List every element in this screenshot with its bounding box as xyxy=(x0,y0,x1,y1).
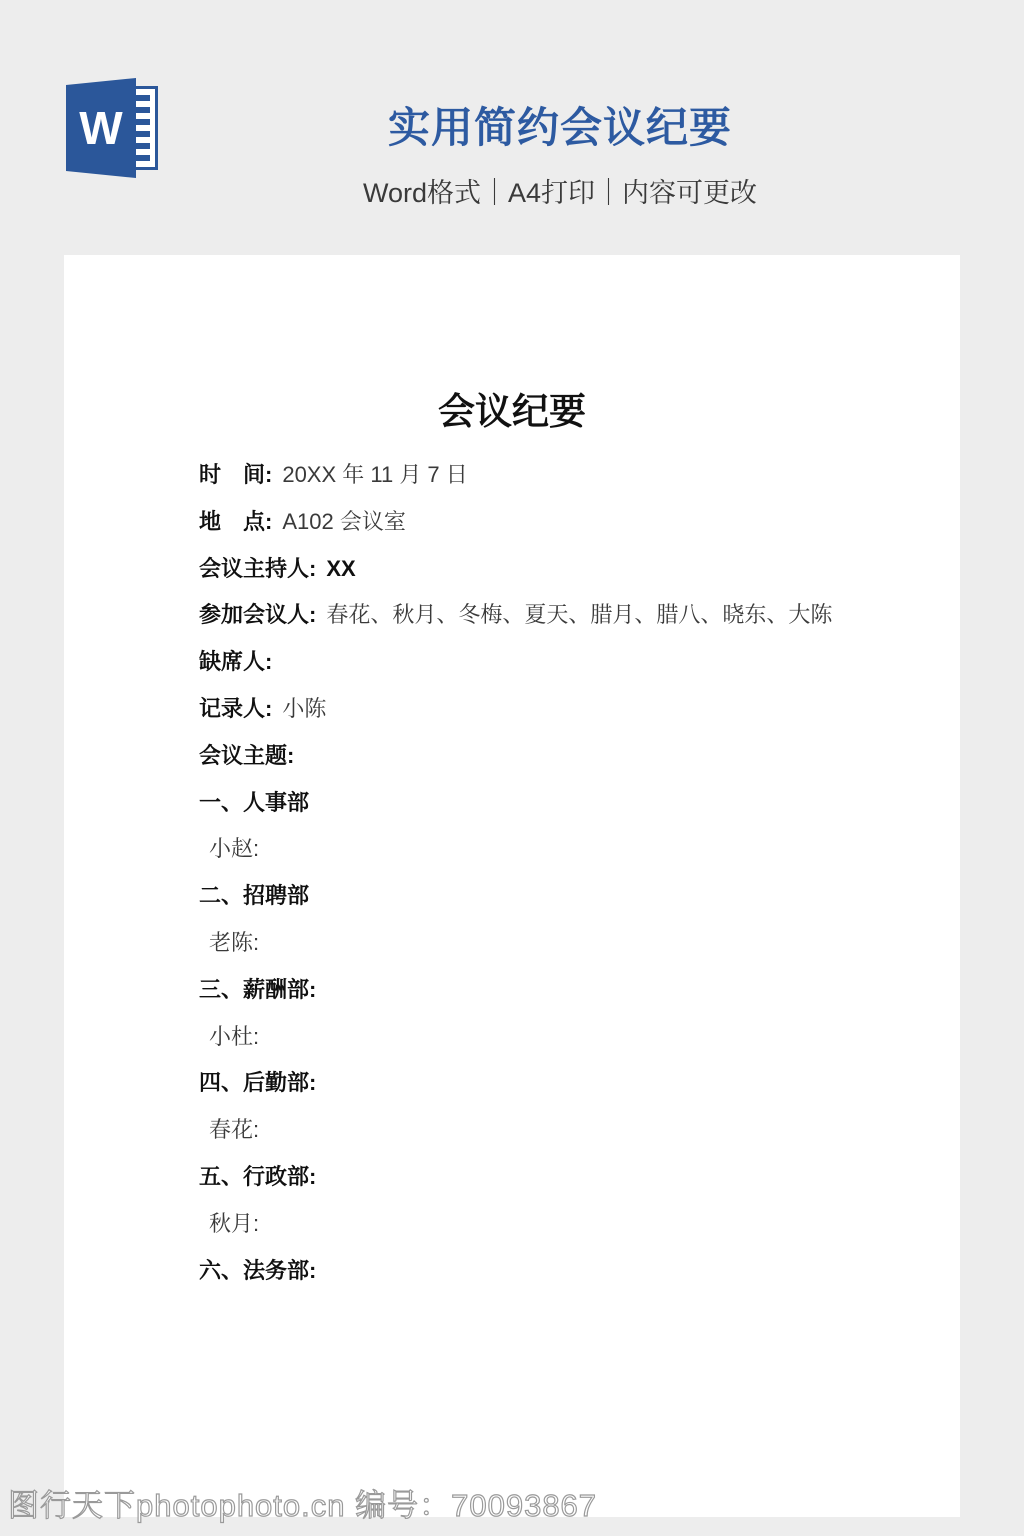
doc-line: 三、薪酬部: xyxy=(199,967,825,1014)
doc-line: 缺席人: xyxy=(199,639,825,686)
doc-line: 小赵: xyxy=(199,826,825,873)
doc-line: 参加会议人:春花、秋月、冬梅、夏天、腊月、腊八、晓东、大陈 xyxy=(199,592,825,639)
document-title: 会议纪要 xyxy=(64,381,960,435)
doc-line: 春花: xyxy=(199,1107,825,1154)
document-card: 会议纪要 时 间:20XX 年 11 月 7 日地 点:A102 会议室会议主持… xyxy=(64,255,960,1517)
header: W 实用简约会议纪要 Word格式｜A4打印｜内容可更改 xyxy=(0,0,1024,230)
doc-line: 地 点:A102 会议室 xyxy=(199,499,825,546)
doc-line: 小杜: xyxy=(199,1014,825,1061)
header-text: 实用简约会议纪要 Word格式｜A4打印｜内容可更改 xyxy=(96,0,1024,210)
doc-line: 五、行政部: xyxy=(199,1154,825,1201)
doc-line: 二、招聘部 xyxy=(199,873,825,920)
page-subtitle: Word格式｜A4打印｜内容可更改 xyxy=(96,171,1024,210)
doc-line: 时 间:20XX 年 11 月 7 日 xyxy=(199,452,825,499)
template-preview-page: { "header": { "logo": { "letter": "W", "… xyxy=(0,0,1024,1536)
doc-line: 一、人事部 xyxy=(199,780,825,827)
doc-line: 会议主题: xyxy=(199,733,825,780)
doc-line: 老陈: xyxy=(199,920,825,967)
page-title: 实用简约会议纪要 xyxy=(96,95,1024,155)
doc-lines: 时 间:20XX 年 11 月 7 日地 点:A102 会议室会议主持人:XX参… xyxy=(64,452,960,1294)
doc-line: 六、法务部: xyxy=(199,1248,825,1295)
watermark: 图行天下photophoto.cn 编号：70093867 xyxy=(8,1480,597,1525)
doc-line: 秋月: xyxy=(199,1201,825,1248)
doc-line: 会议主持人:XX xyxy=(199,546,825,593)
doc-line: 记录人:小陈 xyxy=(199,686,825,733)
doc-line: 四、后勤部: xyxy=(199,1060,825,1107)
